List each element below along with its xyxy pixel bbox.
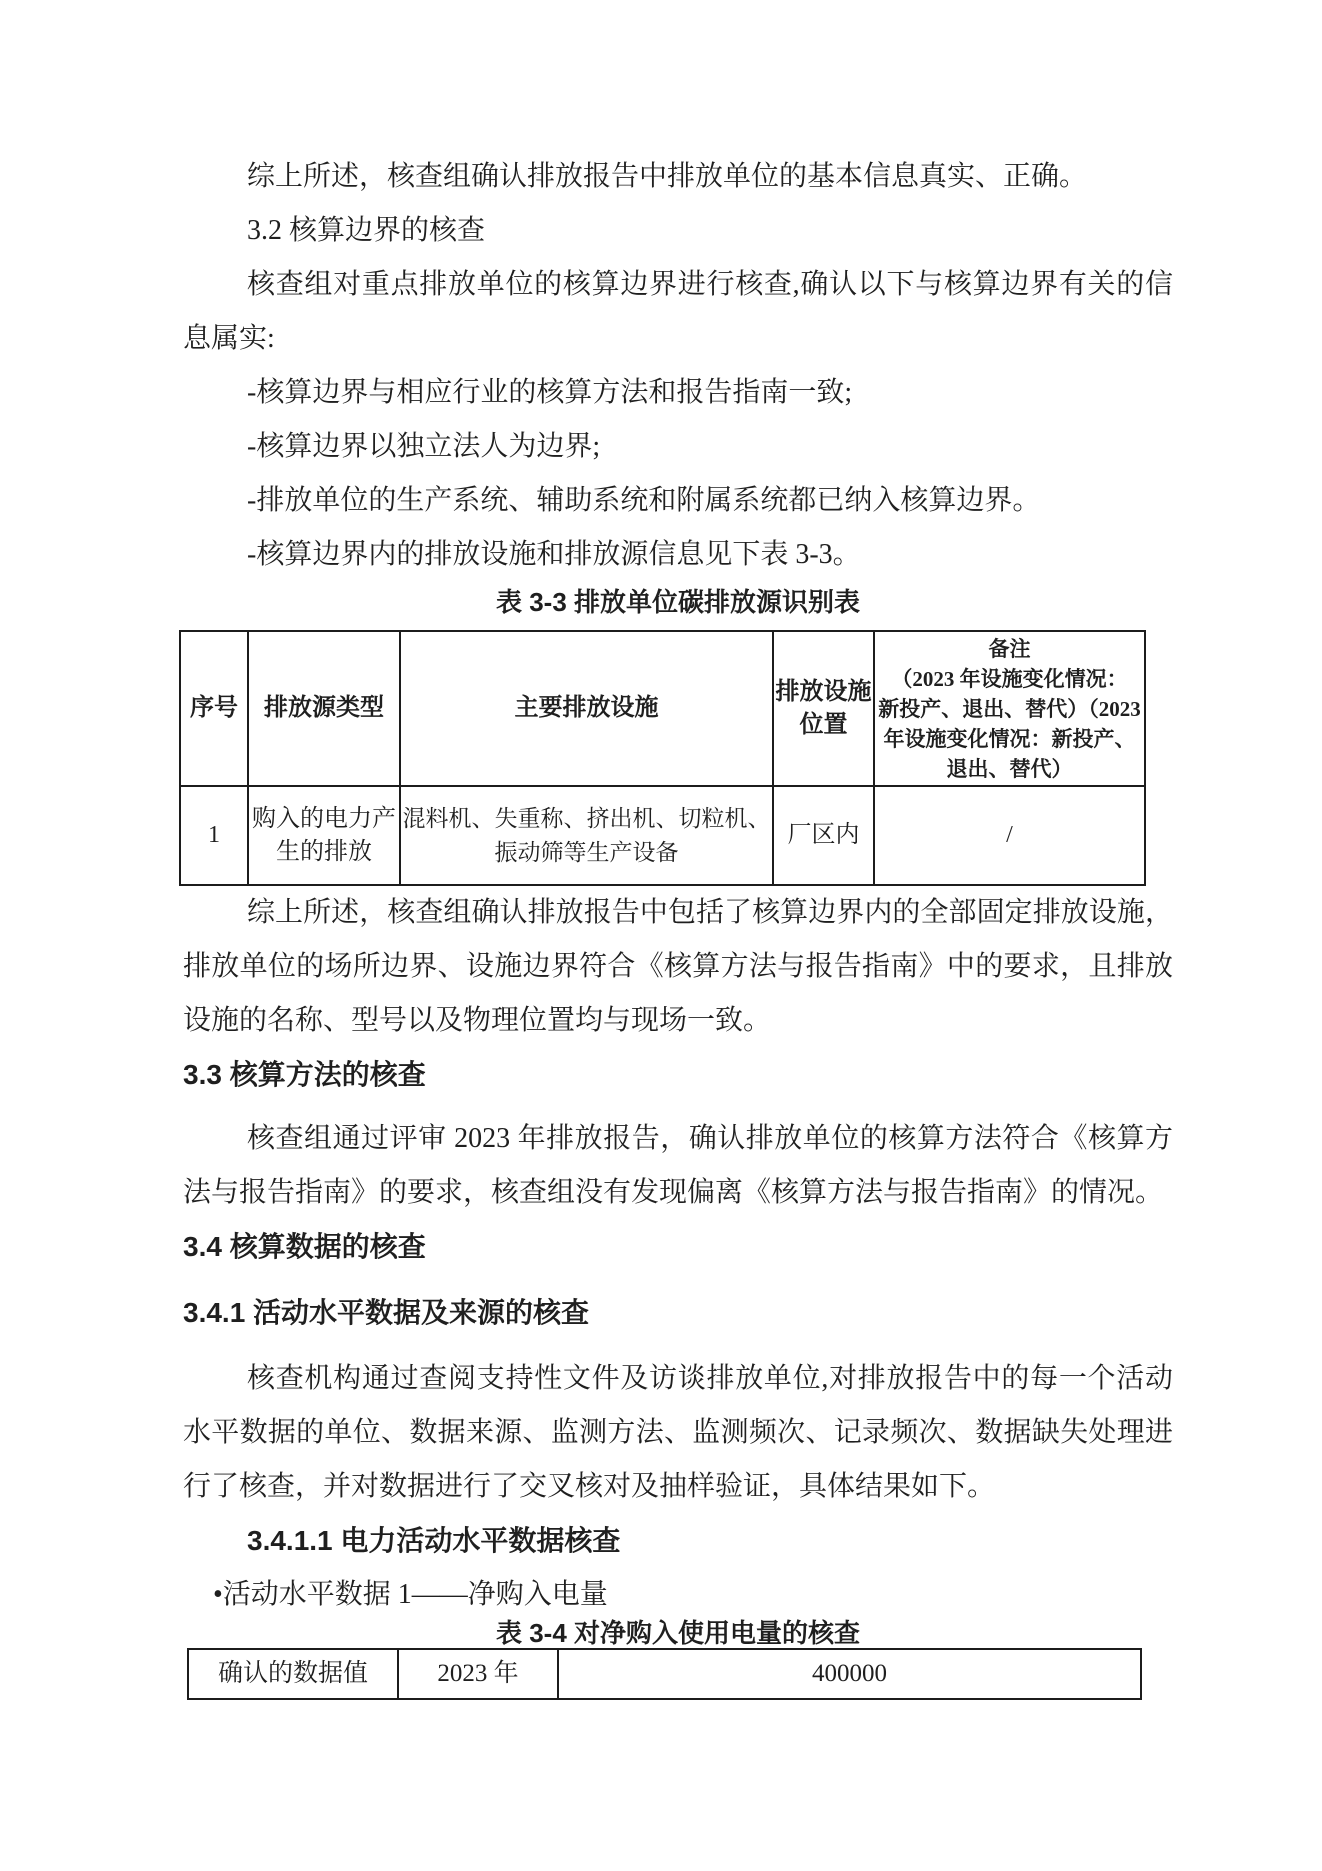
bullet-activity-data-1: •活动水平数据 1——净购入电量 xyxy=(183,1568,1173,1622)
cell-value: 400000 xyxy=(558,1649,1141,1699)
heading-3-4-1: 3.4.1 活动水平数据及来源的核查 xyxy=(183,1286,1173,1340)
paragraph-summary-basic-info: 综上所述，核查组确认排放报告中排放单位的基本信息真实、正确。 xyxy=(183,150,1173,204)
table-3-3-data-row: 1 购入的电力产生的排放 混料机、失重称、挤出机、切粒机、振动筛等生产设备 厂区… xyxy=(180,786,1145,885)
table-3-4-caption: 表 3-4 对净购入使用电量的核查 xyxy=(183,1618,1173,1648)
header-facility: 主要排放设施 xyxy=(400,631,773,786)
table-3-4-net-electricity: 确认的数据值 2023 年 400000 xyxy=(187,1648,1142,1700)
cell-seq: 1 xyxy=(180,786,248,885)
header-source-type: 排放源类型 xyxy=(248,631,400,786)
heading-3-2: 3.2 核算边界的核查 xyxy=(183,204,1173,258)
header-location: 排放设施位置 xyxy=(773,631,874,786)
bullet-boundary-legal-entity: -核算边界以独立法人为边界; xyxy=(183,420,1173,474)
bullet-boundary-guideline: -核算边界与相应行业的核算方法和报告指南一致; xyxy=(183,366,1173,420)
table-3-3-emission-sources: 序号 排放源类型 主要排放设施 排放设施位置 备注 （2023 年设施变化情况：… xyxy=(179,630,1146,886)
note-line-4: 退出、替代） xyxy=(875,754,1144,784)
bullet-boundary-systems: -排放单位的生产系统、辅助系统和附属系统都已纳入核算边界。 xyxy=(183,474,1173,528)
bullet-boundary-table-ref: -核算边界内的排放设施和排放源信息见下表 3-3。 xyxy=(183,528,1173,582)
cell-facility: 混料机、失重称、挤出机、切粒机、振动筛等生产设备 xyxy=(400,786,773,885)
document-page: { "document": { "paragraphs": { "summary… xyxy=(0,0,1322,1871)
paragraph-boundary-intro: 核查组对重点排放单位的核算边界进行核查,确认以下与核算边界有关的信息属实: xyxy=(183,258,1173,366)
note-line-1: （2023 年设施变化情况： xyxy=(875,664,1144,694)
table-3-3-caption: 表 3-3 排放单位碳排放源识别表 xyxy=(183,582,1173,622)
cell-note: / xyxy=(874,786,1145,885)
heading-3-3: 3.3 核算方法的核查 xyxy=(183,1048,1173,1102)
heading-3-4-1-1: 3.4.1.1 电力活动水平数据核查 xyxy=(183,1514,1173,1568)
note-line-2: 新投产、退出、替代）（2023 xyxy=(875,694,1144,724)
paragraph-activity-intro: 核查机构通过查阅支持性文件及访谈排放单位,对排放报告中的每一个活动水平数据的单位… xyxy=(183,1352,1173,1514)
cell-confirmed-label: 确认的数据值 xyxy=(188,1649,398,1699)
heading-3-4: 3.4 核算数据的核查 xyxy=(183,1220,1173,1274)
cell-year: 2023 年 xyxy=(398,1649,558,1699)
paragraph-summary-boundary: 综上所述，核查组确认排放报告中包括了核算边界内的全部固定排放设施，排放单位的场所… xyxy=(183,886,1173,1048)
cell-source-type: 购入的电力产生的排放 xyxy=(248,786,400,885)
note-title: 备注 xyxy=(875,634,1144,664)
header-seq: 序号 xyxy=(180,631,248,786)
cell-location: 厂区内 xyxy=(773,786,874,885)
table-3-4-data-row: 确认的数据值 2023 年 400000 xyxy=(188,1649,1141,1699)
document-body: 综上所述，核查组确认排放报告中排放单位的基本信息真实、正确。 3.2 核算边界的… xyxy=(183,150,1173,1700)
note-line-3: 年设施变化情况：新投产、 xyxy=(875,724,1144,754)
table-3-3-header-row: 序号 排放源类型 主要排放设施 排放设施位置 备注 （2023 年设施变化情况：… xyxy=(180,631,1145,786)
paragraph-method-review: 核查组通过评审 2023 年排放报告，确认排放单位的核算方法符合《核算方法与报告… xyxy=(183,1112,1173,1220)
header-note: 备注 （2023 年设施变化情况： 新投产、退出、替代）（2023 年设施变化情… xyxy=(874,631,1145,786)
